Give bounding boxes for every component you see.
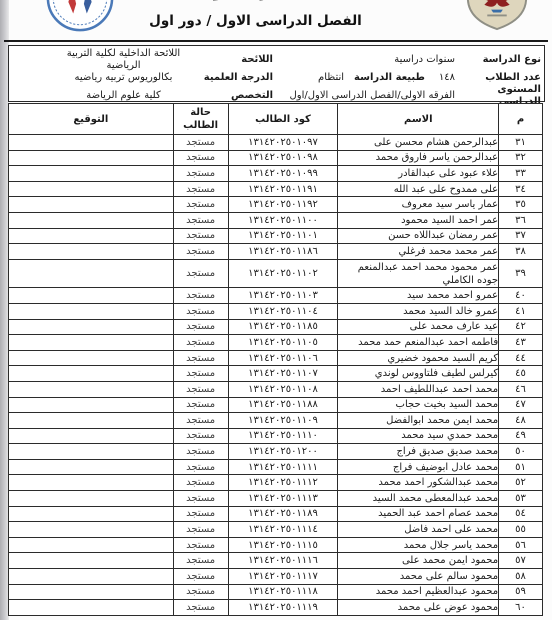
row-number-cell: ٣٨: [499, 244, 543, 260]
signature-cell: [9, 475, 174, 491]
student-row: ٤٠ عمرو احمد محمد سيد ١٣١٤٢٠٢٥٠١١٠٣ مستج…: [9, 288, 543, 304]
regulation-label: اللائحة: [197, 54, 273, 66]
student-row: ٣٩ عمر محمود محمد احمد عبدالمنعم جوده ال…: [9, 259, 543, 288]
student-code-cell: ١٣١٤٢٠٢٥٠١١١١: [228, 459, 338, 475]
student-status-cell: مستجد: [173, 135, 228, 151]
student-name-cell: محمد احمد عبداللطيف احمد: [338, 381, 499, 397]
student-name-cell: محمد عبدالمعطى محمد السيد: [338, 491, 499, 507]
student-code-cell: ١٣١٤٢٠٢٥٠١١٠٢: [228, 259, 338, 288]
student-name-cell: عبدالرحمن هشام محسن على: [338, 135, 499, 151]
student-code-cell: ١٣١٤٢٠٢٥٠١١١٦: [228, 553, 338, 569]
degree-label: الدرجة العلمية: [197, 72, 273, 84]
student-status-cell: مستجد: [173, 553, 228, 569]
signature-cell: [9, 569, 174, 585]
student-row: ٣٤ على ممدوح على عبد الله ١٣١٤٢٠٢٥٠١١٩١ …: [9, 181, 543, 197]
student-status-cell: مستجد: [173, 303, 228, 319]
student-name-cell: عمرو احمد محمد سيد: [338, 288, 499, 304]
info-row-student-count: عدد الطلاب ١٤٨ طبيعة الدراسة انتظام الدر…: [12, 72, 541, 84]
row-number-cell: ٤٧: [499, 397, 543, 413]
signature-cell: [9, 259, 174, 288]
student-status-cell: مستجد: [173, 397, 228, 413]
student-status-cell: مستجد: [173, 366, 228, 382]
student-code-cell: ١٣١٤٢٠٢٥٠١١٠٦: [228, 350, 338, 366]
student-name-cell: عمرو خالد السيد محمد: [338, 303, 499, 319]
study-type-label: نوع الدراسة: [455, 54, 541, 66]
signature-cell: [9, 350, 174, 366]
row-number-cell: ٥٣: [499, 491, 543, 507]
signature-cell: [9, 366, 174, 382]
row-number-cell: ٣٩: [499, 259, 543, 288]
row-number-cell: ٥٨: [499, 569, 543, 585]
row-number-cell: ٤٤: [499, 350, 543, 366]
student-code-cell: ١٣١٤٢٠٢٥٠١١٨٥: [228, 319, 338, 335]
signature-cell: [9, 288, 174, 304]
student-row: ٥٣ محمد عبدالمعطى محمد السيد ١٣١٤٢٠٢٥٠١١…: [9, 491, 543, 507]
row-number-cell: ٣٧: [499, 228, 543, 244]
student-status-cell: مستجد: [173, 181, 228, 197]
student-row: ٥٧ محمود ايمن محمد على ١٣١٤٢٠٢٥٠١١١٦ مست…: [9, 553, 543, 569]
student-name-cell: محمد صديق صديق فراج: [338, 444, 499, 460]
signature-cell: [9, 150, 174, 166]
info-row-study-type: نوع الدراسة سنوات دراسية اللائحة اللائحة…: [12, 48, 541, 72]
student-name-cell: كريم السيد محمود خضيري: [338, 350, 499, 366]
student-status-cell: مستجد: [173, 166, 228, 182]
student-status-cell: مستجد: [173, 475, 228, 491]
student-code-cell: ١٣١٤٢٠٢٥٠١١١٣: [228, 491, 338, 507]
signature-cell: [9, 584, 174, 600]
signature-cell: [9, 413, 174, 429]
student-name-cell: عبدالرحمن ياسر فاروق محمد: [338, 150, 499, 166]
signature-cell: [9, 303, 174, 319]
student-status-cell: مستجد: [173, 537, 228, 553]
signature-cell: [9, 397, 174, 413]
row-number-cell: ٣٣: [499, 166, 543, 182]
student-row: ٣١ عبدالرحمن هشام محسن على ١٣١٤٢٠٢٥٠١٠٩٧…: [9, 135, 543, 151]
row-number-cell: ٣٦: [499, 212, 543, 228]
signature-cell: [9, 197, 174, 213]
col-header-signature: التوقيع: [9, 104, 174, 135]
student-name-cell: عمر محمود محمد احمد عبدالمنعم جوده الكام…: [338, 259, 499, 288]
student-row: ٤٨ محمد ايمن محمد ابوالفضل ١٣١٤٢٠٢٥٠١١٠٩…: [9, 413, 543, 429]
university-shield-logo-icon: [461, 0, 533, 31]
students-table-header: م الاسم كود الطالب حالة الطالب التوقيع: [9, 104, 543, 135]
student-row: ٥٤ محمد عصام احمد عبد الحميد ١٣١٤٢٠٢٥٠١١…: [9, 506, 543, 522]
student-name-cell: محمد عصام احمد عبد الحميد: [338, 506, 499, 522]
study-nature-label: طبيعة الدراسة: [344, 72, 425, 84]
student-status-cell: مستجد: [173, 381, 228, 397]
student-status-cell: مستجد: [173, 197, 228, 213]
signature-cell: [9, 228, 174, 244]
student-name-cell: عمر احمد السيد محمود: [338, 212, 499, 228]
student-code-cell: ١٣١٤٢٠٢٥٠١١٠٧: [228, 366, 338, 382]
student-status-cell: مستجد: [173, 522, 228, 538]
student-status-cell: مستجد: [173, 428, 228, 444]
student-code-cell: ١٣١٤٢٠٢٥٠١١٩١: [228, 181, 338, 197]
student-code-cell: ١٣١٤٢٠٢٥٠١١٠٥: [228, 335, 338, 351]
student-code-cell: ١٣١٤٢٠٢٥٠١١٠١: [228, 228, 338, 244]
row-number-cell: ٥١: [499, 459, 543, 475]
student-row: ٤٦ محمد احمد عبداللطيف احمد ١٣١٤٢٠٢٥٠١١٠…: [9, 381, 543, 397]
student-status-cell: مستجد: [173, 459, 228, 475]
student-name-cell: محمد حمدي سيد محمد: [338, 428, 499, 444]
student-code-cell: ١٣١٤٢٠٢٥٠١١٩٢: [228, 197, 338, 213]
row-number-cell: ٣١: [499, 135, 543, 151]
signature-cell: [9, 491, 174, 507]
student-code-cell: ١٣١٤٢٠٢٥٠١١٠٠: [228, 212, 338, 228]
student-row: ٥٨ محمود سالم على محمد ١٣١٤٢٠٢٥٠١١١٧ مست…: [9, 569, 543, 585]
page-title: الفصل الدراسى الاول / دور اول: [138, 13, 373, 29]
student-row: ٥٦ محمد ياسر جلال محمد ١٣١٤٢٠٢٥٠١١١٥ مست…: [9, 537, 543, 553]
header-divider: [4, 40, 548, 42]
study-nature-value: انتظام: [318, 72, 344, 84]
student-row: ٣٣ علاء عبود على عبدالقادر ١٣١٤٢٠٢٥٠١٠٩٩…: [9, 166, 543, 182]
row-number-cell: ٥٧: [499, 553, 543, 569]
student-status-cell: مستجد: [173, 244, 228, 260]
student-code-cell: ١٣١٤٢٠٢٥٠١١١٧: [228, 569, 338, 585]
student-row: ٤٥ كيرلس لطيف فلتاووس لوندي ١٣١٤٢٠٢٥٠١١٠…: [9, 366, 543, 382]
row-number-cell: ٤٨: [499, 413, 543, 429]
row-number-cell: ٤٢: [499, 319, 543, 335]
row-number-cell: ٤٣: [499, 335, 543, 351]
student-status-cell: مستجد: [173, 259, 228, 288]
student-row: ٣٨ عمر محمد محمد فرغلي ١٣١٤٢٠٢٥٠١١٨٦ مست…: [9, 244, 543, 260]
sports-college-logo-icon: [45, 0, 115, 33]
signature-cell: [9, 459, 174, 475]
student-code-cell: ١٣١٤٢٠٢٥٠١٠٩٩: [228, 166, 338, 182]
student-code-cell: ١٣١٤٢٠٢٥٠١١٨٨: [228, 397, 338, 413]
signature-cell: [9, 335, 174, 351]
student-code-cell: ١٣١٤٢٠٢٥٠١١١٩: [228, 600, 338, 616]
student-status-cell: مستجد: [173, 569, 228, 585]
row-number-cell: ٣٥: [499, 197, 543, 213]
student-status-cell: مستجد: [173, 600, 228, 616]
signature-cell: [9, 135, 174, 151]
student-code-cell: ١٣١٤٢٠٢٥٠١١١٥: [228, 537, 338, 553]
student-name-cell: فاطمه احمد عبدالمنعم حمد محمد: [338, 335, 499, 351]
student-code-cell: ١٣١٤٢٠٢٥٠١١١٠: [228, 428, 338, 444]
student-row: ٥٠ محمد صديق صديق فراج ١٣١٤٢٠٢٥٠١٢٠٠ مست…: [9, 444, 543, 460]
student-name-cell: علاء عبود على عبدالقادر: [338, 166, 499, 182]
student-code-cell: ١٣١٤٢٠٢٥٠١١١٤: [228, 522, 338, 538]
signature-cell: [9, 381, 174, 397]
row-number-cell: ٥٤: [499, 506, 543, 522]
row-number-cell: ٤٩: [499, 428, 543, 444]
student-code-cell: ١٣١٤٢٠٢٥٠١١١٢: [228, 475, 338, 491]
student-status-cell: مستجد: [173, 335, 228, 351]
row-number-cell: ٥٢: [499, 475, 543, 491]
students-table: م الاسم كود الطالب حالة الطالب التوقيع ٣…: [8, 103, 543, 616]
study-type-value: سنوات دراسية: [380, 54, 455, 66]
row-number-cell: ٣٢: [499, 150, 543, 166]
student-code-cell: ١٣١٤٢٠٢٥٠١١٠٨: [228, 381, 338, 397]
row-number-cell: ٤٦: [499, 381, 543, 397]
clipped-header-line: بيان بأسماء طلاب الفرقة الاولى: [170, 0, 440, 1]
student-status-cell: مستجد: [173, 288, 228, 304]
student-status-cell: مستجد: [173, 319, 228, 335]
specialization-value: كلية علوم الرياضة: [12, 90, 197, 102]
student-status-cell: مستجد: [173, 413, 228, 429]
info-panel: نوع الدراسة سنوات دراسية اللائحة اللائحة…: [8, 45, 545, 102]
col-header-status: حالة الطالب: [173, 104, 228, 135]
student-name-cell: محمود سالم على محمد: [338, 569, 499, 585]
student-name-cell: عمر رمضان عبداللاه حسن: [338, 228, 499, 244]
student-code-cell: ١٣١٤٢٠٢٥٠١١٨٩: [228, 506, 338, 522]
student-name-cell: محمد على احمد فاضل: [338, 522, 499, 538]
regulation-value: اللائحة الداخلية لكلية التربية الرياضية: [12, 48, 197, 72]
student-name-cell: عمر محمد محمد فرغلي: [338, 244, 499, 260]
signature-cell: [9, 537, 174, 553]
signature-cell: [9, 600, 174, 616]
student-status-cell: مستجد: [173, 584, 228, 600]
student-status-cell: مستجد: [173, 444, 228, 460]
student-row: ٣٥ عمار ياسر سيد معروف ١٣١٤٢٠٢٥٠١١٩٢ مست…: [9, 197, 543, 213]
signature-cell: [9, 244, 174, 260]
student-name-cell: عمار ياسر سيد معروف: [338, 197, 499, 213]
students-table-body: ٣١ عبدالرحمن هشام محسن على ١٣١٤٢٠٢٥٠١٠٩٧…: [9, 135, 543, 616]
signature-cell: [9, 506, 174, 522]
student-count-value: ١٤٨: [425, 72, 455, 84]
student-row: ٤٣ فاطمه احمد عبدالمنعم حمد محمد ١٣١٤٢٠٢…: [9, 335, 543, 351]
student-code-cell: ١٣١٤٢٠٢٥٠١٢٠٠: [228, 444, 338, 460]
student-code-cell: ١٣١٤٢٠٢٥٠١٠٩٧: [228, 135, 338, 151]
col-header-number: م: [499, 104, 543, 135]
student-name-cell: محمود ايمن محمد على: [338, 553, 499, 569]
student-row: ٥٢ محمد عبدالشكور احمد محمد ١٣١٤٢٠٢٥٠١١١…: [9, 475, 543, 491]
signature-cell: [9, 166, 174, 182]
student-row: ٥٥ محمد على احمد فاضل ١٣١٤٢٠٢٥٠١١١٤ مستج…: [9, 522, 543, 538]
student-row: ٤٢ عيد عارف محمد على ١٣١٤٢٠٢٥٠١١٨٥ مستجد: [9, 319, 543, 335]
student-status-cell: مستجد: [173, 491, 228, 507]
student-code-cell: ١٣١٤٢٠٢٥٠١١٠٩: [228, 413, 338, 429]
signature-cell: [9, 522, 174, 538]
student-row: ٤٧ محمد السيد بخيت حجاب ١٣١٤٢٠٢٥٠١١٨٨ مس…: [9, 397, 543, 413]
student-row: ٤٩ محمد حمدي سيد محمد ١٣١٤٢٠٢٥٠١١١٠ مستج…: [9, 428, 543, 444]
student-code-cell: ١٣١٤٢٠٢٥٠١١٨٦: [228, 244, 338, 260]
student-row: ٣٢ عبدالرحمن ياسر فاروق محمد ١٣١٤٢٠٢٥٠١٠…: [9, 150, 543, 166]
student-row: ٣٦ عمر احمد السيد محمود ١٣١٤٢٠٢٥٠١١٠٠ مس…: [9, 212, 543, 228]
student-row: ٦٠ محمود عوض على محمد ١٣١٤٢٠٢٥٠١١١٩ مستج…: [9, 600, 543, 616]
student-status-cell: مستجد: [173, 506, 228, 522]
academic-level-value: الفرقه الاولى/الفصل الدراسى الاول/اول: [276, 90, 455, 102]
degree-value: بكالوريوس تربيه رياضيه: [12, 72, 197, 84]
row-number-cell: ٤١: [499, 303, 543, 319]
row-number-cell: ٣٤: [499, 181, 543, 197]
signature-cell: [9, 319, 174, 335]
row-number-cell: ٤٠: [499, 288, 543, 304]
student-name-cell: محمد عبدالشكور احمد محمد: [338, 475, 499, 491]
student-row: ٥٩ محمود عبدالعظيم احمد محمد ١٣١٤٢٠٢٥٠١١…: [9, 584, 543, 600]
signature-cell: [9, 428, 174, 444]
student-name-cell: محمد ياسر جلال محمد: [338, 537, 499, 553]
row-number-cell: ٥٩: [499, 584, 543, 600]
student-status-cell: مستجد: [173, 212, 228, 228]
student-row: ٤٤ كريم السيد محمود خضيري ١٣١٤٢٠٢٥٠١١٠٦ …: [9, 350, 543, 366]
student-status-cell: مستجد: [173, 150, 228, 166]
signature-cell: [9, 553, 174, 569]
student-row: ٤١ عمرو خالد السيد محمد ١٣١٤٢٠٢٥٠١١٠٤ مس…: [9, 303, 543, 319]
row-number-cell: ٥٦: [499, 537, 543, 553]
row-number-cell: ٥٠: [499, 444, 543, 460]
student-code-cell: ١٣١٤٢٠٢٥٠١٠٩٨: [228, 150, 338, 166]
student-name-cell: محمد عادل ابوضيف فراج: [338, 459, 499, 475]
student-code-cell: ١٣١٤٢٠٢٥٠١١٠٣: [228, 288, 338, 304]
row-number-cell: ٦٠: [499, 600, 543, 616]
student-row: ٥١ محمد عادل ابوضيف فراج ١٣١٤٢٠٢٥٠١١١١ م…: [9, 459, 543, 475]
student-code-cell: ١٣١٤٢٠٢٥٠١١١٨: [228, 584, 338, 600]
student-status-cell: مستجد: [173, 350, 228, 366]
signature-cell: [9, 444, 174, 460]
student-name-cell: محمد ايمن محمد ابوالفضل: [338, 413, 499, 429]
row-number-cell: ٤٥: [499, 366, 543, 382]
document-page: بيان بأسماء طلاب الفرقة الاولى الفصل الد…: [0, 0, 552, 620]
student-name-cell: محمود عبدالعظيم احمد محمد: [338, 584, 499, 600]
student-row: ٣٧ عمر رمضان عبداللاه حسن ١٣١٤٢٠٢٥٠١١٠١ …: [9, 228, 543, 244]
student-count-label: عدد الطلاب: [455, 72, 541, 84]
student-name-cell: محمد السيد بخيت حجاب: [338, 397, 499, 413]
specialization-label: التخصص: [197, 90, 273, 102]
col-header-code: كود الطالب: [228, 104, 338, 135]
row-number-cell: ٥٥: [499, 522, 543, 538]
student-name-cell: عيد عارف محمد على: [338, 319, 499, 335]
student-name-cell: محمود عوض على محمد: [338, 600, 499, 616]
student-status-cell: مستجد: [173, 228, 228, 244]
student-code-cell: ١٣١٤٢٠٢٥٠١١٠٤: [228, 303, 338, 319]
student-name-cell: على ممدوح على عبد الله: [338, 181, 499, 197]
signature-cell: [9, 181, 174, 197]
col-header-name: الاسم: [338, 104, 499, 135]
signature-cell: [9, 212, 174, 228]
student-name-cell: كيرلس لطيف فلتاووس لوندي: [338, 366, 499, 382]
